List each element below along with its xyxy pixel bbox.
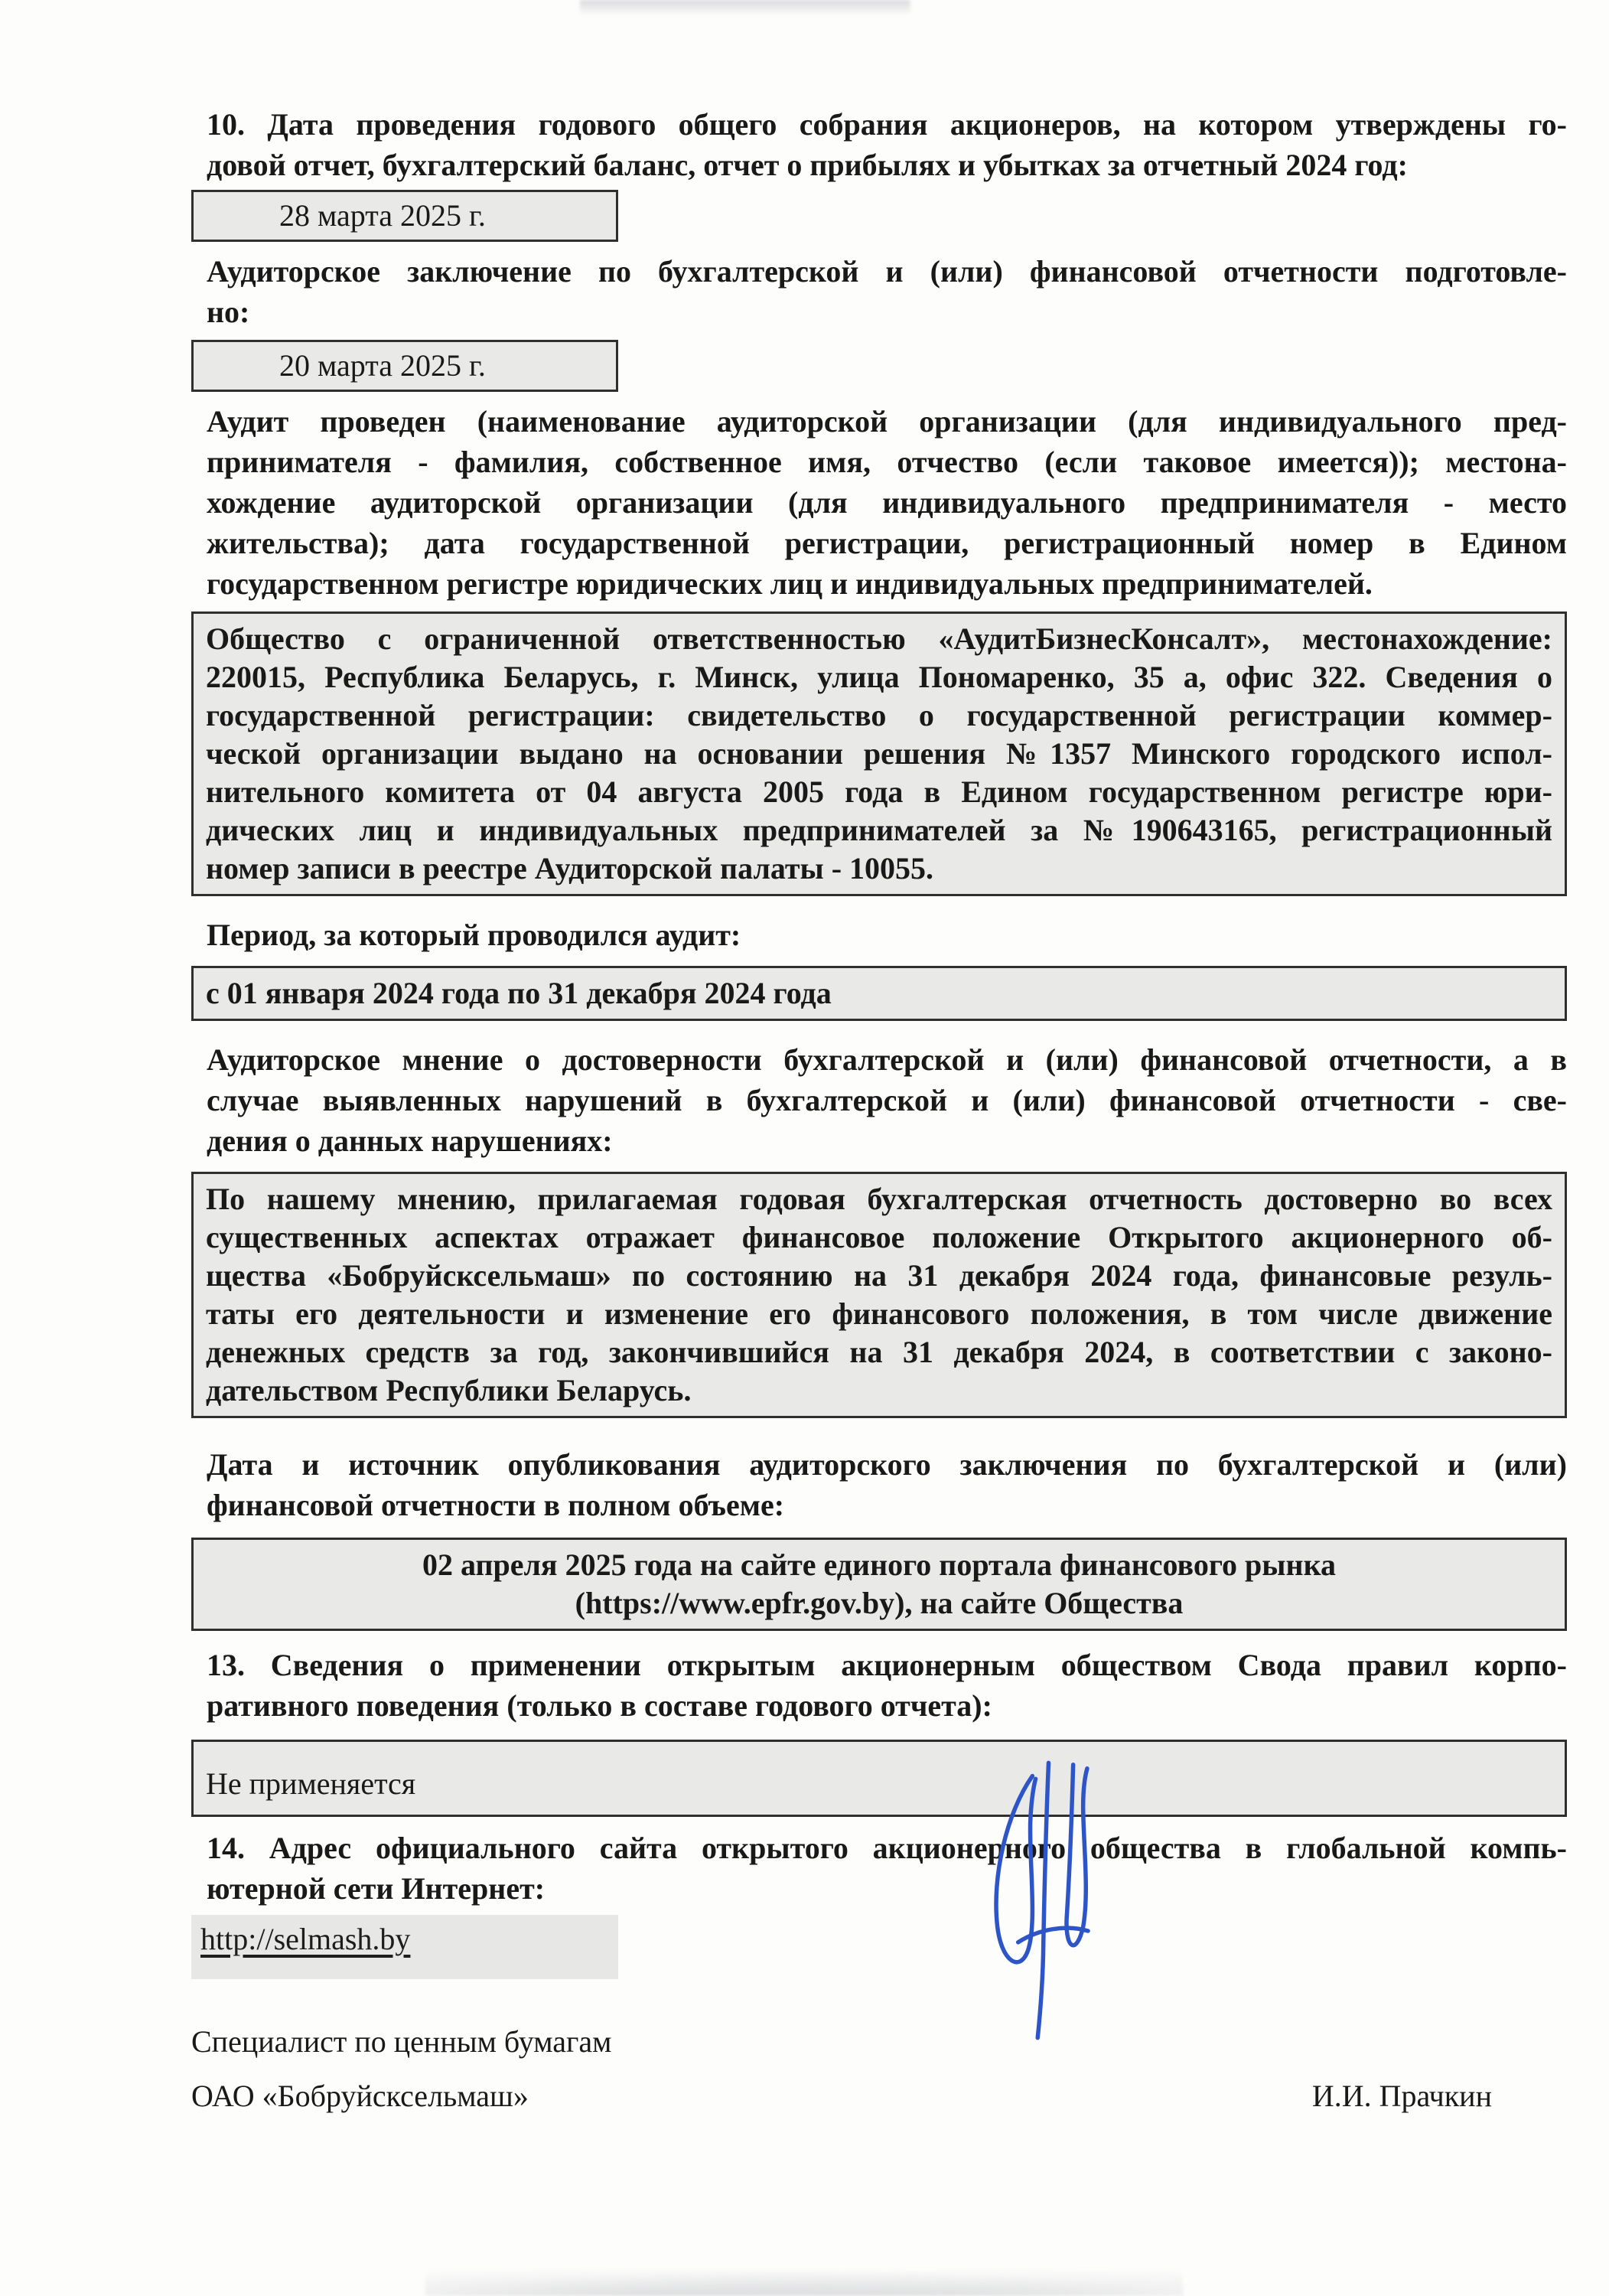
audit-period-heading: Период, за который проводился аудит: [191,915,1567,955]
audit-report-date-field: 20 марта 2025 г. [191,340,618,392]
signature-block: Специалист по ценным бумагам ОАО «Бобруй… [191,2014,1567,2123]
scanner-smudge-bottom [425,2267,1183,2296]
audit-period-label: Период, за который проводился аудит: [207,915,1567,955]
item13-heading: 13. Сведения о применении открытым акцио… [191,1645,1567,1726]
auditor-details-text: Общество с ограниченной ответственностью… [206,620,1552,888]
audit-report-date-value: 20 марта 2025 г. [279,348,486,383]
item13-field: Не применяется [191,1740,1567,1817]
audit-report-prepared-heading: Аудиторское заключение по бухгалтерской … [191,251,1567,332]
audit-opinion-heading: Аудиторское мнение о достоверности бухга… [191,1039,1567,1161]
auditor-details-field: Общество с ограниченной ответственностью… [191,612,1567,896]
audit-period-field: с 01 января 2024 года по 31 декабря 2024… [191,966,1567,1021]
agm-date-value: 28 марта 2025 г. [279,198,486,233]
audit-opinion-field: По нашему мнению, прилагаемая годовая бу… [191,1172,1567,1418]
item10-heading: 10. Дата проведения годового общего собр… [191,104,1567,185]
publication-text: 02 апреля 2025 года на сайте единого пор… [206,1546,1552,1623]
scanner-smudge-top [580,0,910,18]
audit-conducted-heading: Аудит проведен (наименование аудиторской… [191,401,1567,604]
publication-field: 02 апреля 2025 года на сайте единого пор… [191,1538,1567,1631]
scanned-document-page: { "document": { "section10": { "heading_… [0,0,1609,2296]
signer-position-line1: Специалист по ценным бумагам [191,2014,612,2069]
agm-date-field: 28 марта 2025 г. [191,190,618,242]
audit-period-value: с 01 января 2024 года по 31 декабря 2024… [206,976,832,1010]
item14-heading: 14. Адрес официального сайта открытого а… [191,1828,1567,1909]
website-highlight-bar: http://selmash.by [191,1915,618,1979]
signer-position: Специалист по ценным бумагам ОАО «Бобруй… [191,2014,612,2123]
item13-value: Не применяется [206,1766,415,1801]
website-link[interactable]: http://selmash.by [200,1922,410,1956]
publication-heading: Дата и источник опубликования аудиторско… [191,1444,1567,1525]
signer-position-line2: ОАО «Бобруйсксельмаш» [191,2069,612,2123]
document-body: 10. Дата проведения годового общего собр… [191,104,1567,2123]
audit-opinion-text: По нашему мнению, прилагаемая годовая бу… [206,1180,1552,1410]
signer-name: И.И. Прачкин [1312,2069,1567,2123]
